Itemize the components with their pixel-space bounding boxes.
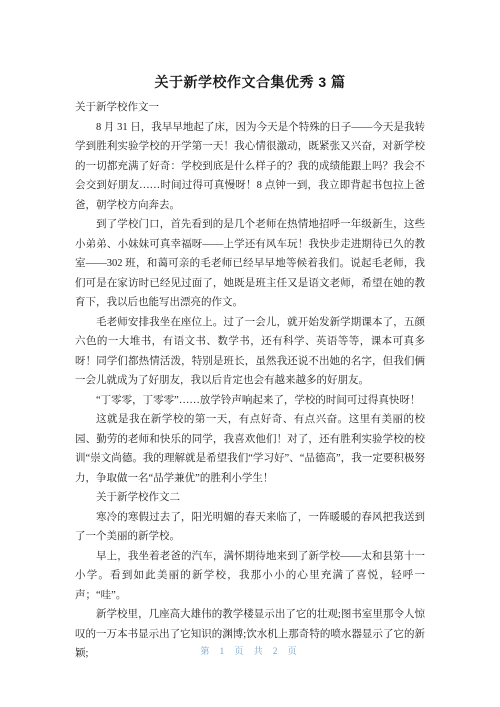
- page-footer: 第 1 页 共 2 页: [0, 644, 500, 657]
- document-page: 关于新学校作文合集优秀 3 篇 关于新学校作文一 8 月 31 日，我早早地起了…: [0, 0, 500, 707]
- essay-2-heading: 关于新学校作文二: [75, 488, 425, 508]
- paragraph: 毛老师安排我坐在座位上。过了一会儿，就开始发新学期课本了，五颜六色的一大堆书，有…: [75, 313, 425, 391]
- page-number-label: 第 1 页 共 2 页: [200, 646, 299, 656]
- document-title: 关于新学校作文合集优秀 3 篇: [75, 72, 425, 92]
- document-body: 关于新学校作文一 8 月 31 日，我早早地起了床，因为今天是个特殊的日子——今…: [75, 98, 425, 664]
- paragraph: 8 月 31 日，我早早地起了床，因为今天是个特殊的日子——今天是我转学到胜利实…: [75, 118, 425, 216]
- paragraph: 到了学校门口，首先看到的是几个老师在热情地招呼一年级新生，这些小弟弟、小妹妹可真…: [75, 215, 425, 313]
- paragraph: 早上，我坐着老爸的汽车，满怀期待地来到了新学校——太和县第十一小学。看到如此美丽…: [75, 547, 425, 606]
- paragraph: 寒冷的寒假过去了，阳光明媚的春天来临了，一阵暖暖的春风把我送到了一个美丽的新学校…: [75, 508, 425, 547]
- paragraph: 这就是我在新学校的第一天，有点好奇、有点兴奋。这里有美丽的校园、勤劳的老师和快乐…: [75, 410, 425, 488]
- essay-1-heading: 关于新学校作文一: [75, 98, 425, 118]
- paragraph: “丁零零，丁零零”……放学铃声响起来了，学校的时间可过得真快呀！: [75, 391, 425, 411]
